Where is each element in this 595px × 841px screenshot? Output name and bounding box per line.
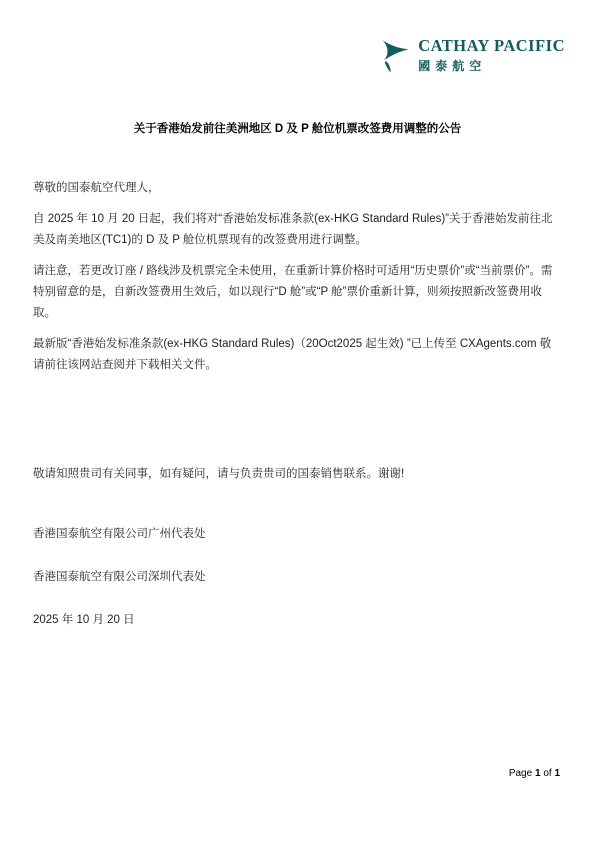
footer-page-number: 1 — [535, 768, 541, 779]
document-page: CATHAY PACIFIC 國泰航空 关于香港始发前往美洲地区 D 及 P 舱… — [0, 0, 595, 841]
paragraph-effective-date: 自 2025 年 10 月 20 日起，我们将对“香港始发标准条款(ex-HKG… — [33, 209, 562, 251]
brand-name-english: CATHAY PACIFIC — [418, 38, 565, 55]
brand-name-chinese: 國泰航空 — [418, 60, 565, 72]
signature-guangzhou-office: 香港国泰航空有限公司广州代表处 — [33, 527, 562, 542]
salutation-text: 尊敬的国泰航空代理人， — [33, 178, 562, 199]
signature-date: 2025 年 10 月 20 日 — [33, 613, 562, 628]
page-number-footer: Page 1 of 1 — [509, 768, 560, 779]
footer-page-separator: of — [543, 768, 551, 779]
footer-total-pages: 1 — [554, 768, 560, 779]
cathay-pacific-logo: CATHAY PACIFIC 國泰航空 — [381, 38, 565, 73]
paragraph-latest-version: 最新版“香港始发标准条款(ex-HKG Standard Rules)（20Oc… — [33, 334, 562, 376]
signature-shenzhen-office: 香港国泰航空有限公司深圳代表处 — [33, 570, 562, 585]
closing-text: 敬请知照贵司有关同事，如有疑问，请与负责贵司的国泰销售联系。谢谢! — [33, 464, 562, 485]
footer-page-prefix: Page — [509, 768, 532, 779]
brushwing-icon — [381, 39, 411, 73]
paragraph-notice: 请注意，若更改订座 / 路线涉及机票完全未使用，在重新计算价格时可适用“历史票价… — [33, 261, 562, 324]
